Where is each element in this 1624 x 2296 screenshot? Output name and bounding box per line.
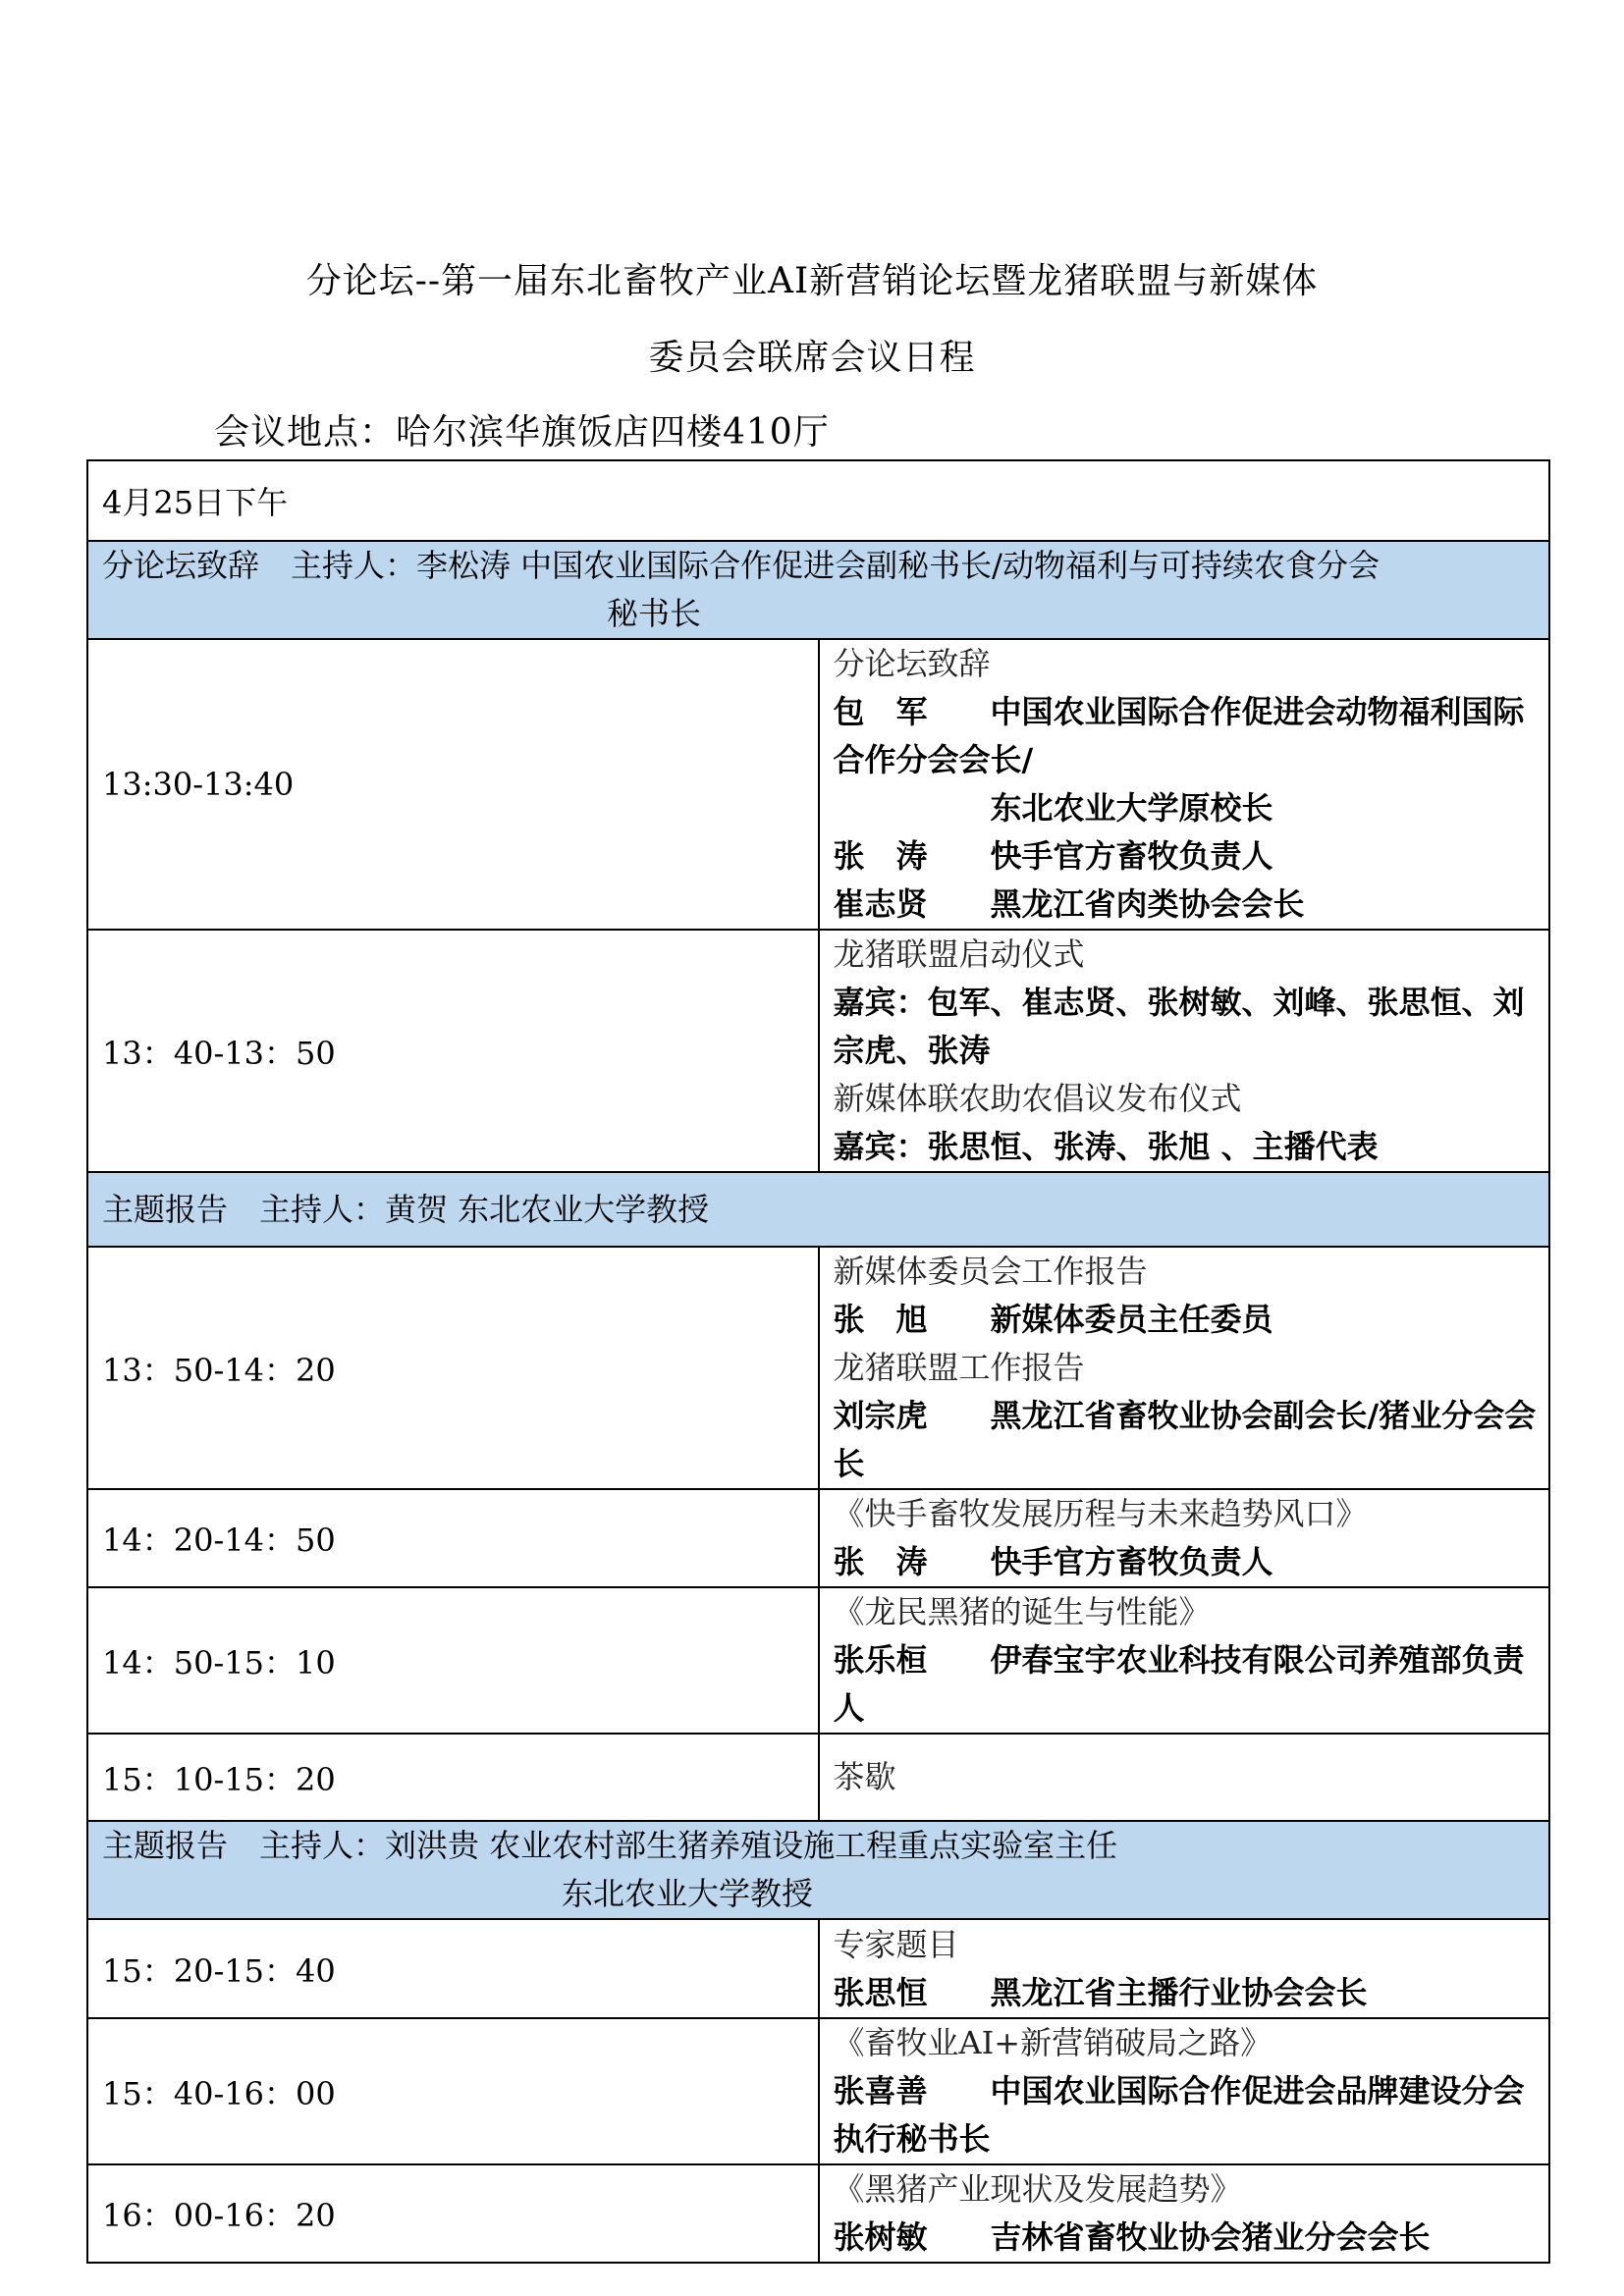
content-cell: 专家题目 张思恒黑龙江省主播行业协会会长 <box>819 1919 1550 2018</box>
table-row: 14：50-15：10 《龙民黑猪的诞生与性能》 张乐桓伊春宝宇农业科技有限公司… <box>87 1587 1549 1734</box>
speaker-role: 快手官方畜牧负责人 <box>991 1543 1273 1580</box>
speaker-line: 崔志贤黑龙江省肉类协会会长 <box>834 881 1549 929</box>
topic-text: 《黑猪产业现状及发展趋势》 <box>834 2165 1549 2214</box>
speaker-name: 张 旭 <box>834 1296 991 1344</box>
topic-text: 龙猪联盟启动仪式 <box>834 931 1549 979</box>
time-cell: 15：20-15：40 <box>87 1919 819 2018</box>
document-title-line1: 分论坛--第一届东北畜牧产业AI新营销论坛暨龙猪联盟与新媒体 <box>0 253 1624 303</box>
section-header-row: 主题报告 主持人：黄贺 东北农业大学教授 <box>87 1172 1549 1247</box>
topic-text: 专家题目 <box>834 1921 1549 1969</box>
speaker-line: 张喜善中国农业国际合作促进会品牌建设分会执行秘书长 <box>834 2067 1549 2163</box>
time-cell: 14：50-15：10 <box>87 1587 819 1734</box>
section-header-line1: 分论坛致辞 主持人：李松涛 中国农业国际合作促进会副秘书长/动物福利与可持续农食… <box>102 542 1548 590</box>
topic-text: 茶歇 <box>834 1753 1549 1801</box>
speaker-name: 张乐桓 <box>834 1636 991 1684</box>
section-header: 主题报告 主持人：刘洪贵 农业农村部生猪养殖设施工程重点实验室主任 东北农业大学… <box>87 1821 1549 1919</box>
topic-text: 新媒体委员会工作报告 <box>834 1248 1549 1296</box>
content-cell: 《快手畜牧发展历程与未来趋势风口》 张 涛快手官方畜牧负责人 <box>819 1489 1550 1587</box>
content-cell: 茶歇 <box>819 1734 1550 1821</box>
guests-text: 嘉宾：张思恒、张涛、张旭 、主播代表 <box>834 1123 1549 1171</box>
content-cell: 分论坛致辞 包 军中国农业国际合作促进会动物福利国际合作分会会长/ 东北农业大学… <box>819 639 1550 930</box>
speaker-name: 张树敏 <box>834 2214 991 2262</box>
speaker-line: 张树敏吉林省畜牧业协会猪业分会会长 <box>834 2214 1549 2262</box>
section-header-line1: 主题报告 主持人：刘洪贵 农业农村部生猪养殖设施工程重点实验室主任 <box>102 1822 1548 1870</box>
topic-text: 《龙民黑猪的诞生与性能》 <box>834 1588 1549 1636</box>
speaker-name: 崔志贤 <box>834 881 991 929</box>
speaker-name: 张 涛 <box>834 832 991 881</box>
table-row: 15：20-15：40 专家题目 张思恒黑龙江省主播行业协会会长 <box>87 1919 1549 2018</box>
topic-text: 龙猪联盟工作报告 <box>834 1344 1549 1392</box>
speaker-line: 刘宗虎黑龙江省畜牧业协会副会长/猪业分会会长 <box>834 1392 1549 1488</box>
section-header: 主题报告 主持人：黄贺 东北农业大学教授 <box>87 1172 1549 1247</box>
speaker-role: 吉林省畜牧业协会猪业分会会长 <box>991 2218 1431 2256</box>
document-title-line2: 委员会联席会议日程 <box>0 330 1624 380</box>
section-header-line1: 主题报告 主持人：黄贺 东北农业大学教授 <box>102 1186 1548 1234</box>
speaker-role: 黑龙江省肉类协会会长 <box>991 885 1305 923</box>
table-row: 14：20-14：50 《快手畜牧发展历程与未来趋势风口》 张 涛快手官方畜牧负… <box>87 1489 1549 1587</box>
time-cell: 15：40-16：00 <box>87 2018 819 2164</box>
speaker-name: 包 军 <box>834 688 991 736</box>
topic-text: 分论坛致辞 <box>834 640 1549 688</box>
content-cell: 新媒体委员会工作报告 张 旭新媒体委员主任委员 龙猪联盟工作报告 刘宗虎黑龙江省… <box>819 1247 1550 1489</box>
venue-text: 会议地点：哈尔滨华旗饭店四楼410厅 <box>214 404 830 454</box>
speaker-line: 张 旭新媒体委员主任委员 <box>834 1296 1549 1344</box>
schedule-table: 4月25日下午 分论坛致辞 主持人：李松涛 中国农业国际合作促进会副秘书长/动物… <box>86 459 1550 2264</box>
table-row: 16：00-16：20 《黑猪产业现状及发展趋势》 张树敏吉林省畜牧业协会猪业分… <box>87 2164 1549 2263</box>
time-cell: 13:30-13:40 <box>87 639 819 930</box>
speaker-name: 刘宗虎 <box>834 1392 991 1440</box>
speaker-line: 张思恒黑龙江省主播行业协会会长 <box>834 1969 1549 2017</box>
speaker-line: 包 军中国农业国际合作促进会动物福利国际合作分会会长/ <box>834 688 1549 784</box>
content-cell: 龙猪联盟启动仪式 嘉宾：包军、崔志贤、张树敏、刘峰、张思恒、刘宗虎、张涛 新媒体… <box>819 930 1550 1172</box>
date-cell: 4月25日下午 <box>87 460 1549 541</box>
topic-text: 《畜牧业AI+新营销破局之路》 <box>834 2019 1549 2067</box>
table-row: 15：40-16：00 《畜牧业AI+新营销破局之路》 张喜善中国农业国际合作促… <box>87 2018 1549 2164</box>
table-row: 13：40-13：50 龙猪联盟启动仪式 嘉宾：包军、崔志贤、张树敏、刘峰、张思… <box>87 930 1549 1172</box>
speaker-line: 张 涛快手官方畜牧负责人 <box>834 832 1549 881</box>
time-cell: 16：00-16：20 <box>87 2164 819 2263</box>
topic-text: 《快手畜牧发展历程与未来趋势风口》 <box>834 1490 1549 1538</box>
section-header: 分论坛致辞 主持人：李松涛 中国农业国际合作促进会副秘书长/动物福利与可持续农食… <box>87 541 1549 639</box>
speaker-line: 张乐桓伊春宝宇农业科技有限公司养殖部负责人 <box>834 1636 1549 1733</box>
section-header-row: 主题报告 主持人：刘洪贵 农业农村部生猪养殖设施工程重点实验室主任 东北农业大学… <box>87 1821 1549 1919</box>
section-header-line2: 东北农业大学教授 <box>102 1870 1548 1918</box>
time-cell: 13：50-14：20 <box>87 1247 819 1489</box>
guests-text: 嘉宾：包军、崔志贤、张树敏、刘峰、张思恒、刘宗虎、张涛 <box>834 979 1549 1075</box>
speaker-role-continued: 东北农业大学原校长 <box>834 784 1549 832</box>
section-header-line2: 秘书长 <box>102 590 1548 638</box>
speaker-role: 黑龙江省主播行业协会会长 <box>991 1974 1368 2011</box>
table-row: 13：50-14：20 新媒体委员会工作报告 张 旭新媒体委员主任委员 龙猪联盟… <box>87 1247 1549 1489</box>
speaker-name: 张 涛 <box>834 1538 991 1586</box>
content-cell: 《畜牧业AI+新营销破局之路》 张喜善中国农业国际合作促进会品牌建设分会执行秘书… <box>819 2018 1550 2164</box>
speaker-line: 张 涛快手官方畜牧负责人 <box>834 1538 1549 1586</box>
table-row: 13:30-13:40 分论坛致辞 包 军中国农业国际合作促进会动物福利国际合作… <box>87 639 1549 930</box>
content-cell: 《龙民黑猪的诞生与性能》 张乐桓伊春宝宇农业科技有限公司养殖部负责人 <box>819 1587 1550 1734</box>
speaker-role: 快手官方畜牧负责人 <box>991 837 1273 875</box>
speaker-name: 张思恒 <box>834 1969 991 2017</box>
date-row: 4月25日下午 <box>87 460 1549 541</box>
content-cell: 《黑猪产业现状及发展趋势》 张树敏吉林省畜牧业协会猪业分会会长 <box>819 2164 1550 2263</box>
speaker-name: 张喜善 <box>834 2067 991 2115</box>
time-cell: 15：10-15：20 <box>87 1734 819 1821</box>
time-cell: 13：40-13：50 <box>87 930 819 1172</box>
time-cell: 14：20-14：50 <box>87 1489 819 1587</box>
topic-text: 新媒体联农助农倡议发布仪式 <box>834 1075 1549 1123</box>
speaker-role: 新媒体委员主任委员 <box>991 1301 1273 1338</box>
table-row: 15：10-15：20 茶歇 <box>87 1734 1549 1821</box>
section-header-row: 分论坛致辞 主持人：李松涛 中国农业国际合作促进会副秘书长/动物福利与可持续农食… <box>87 541 1549 639</box>
